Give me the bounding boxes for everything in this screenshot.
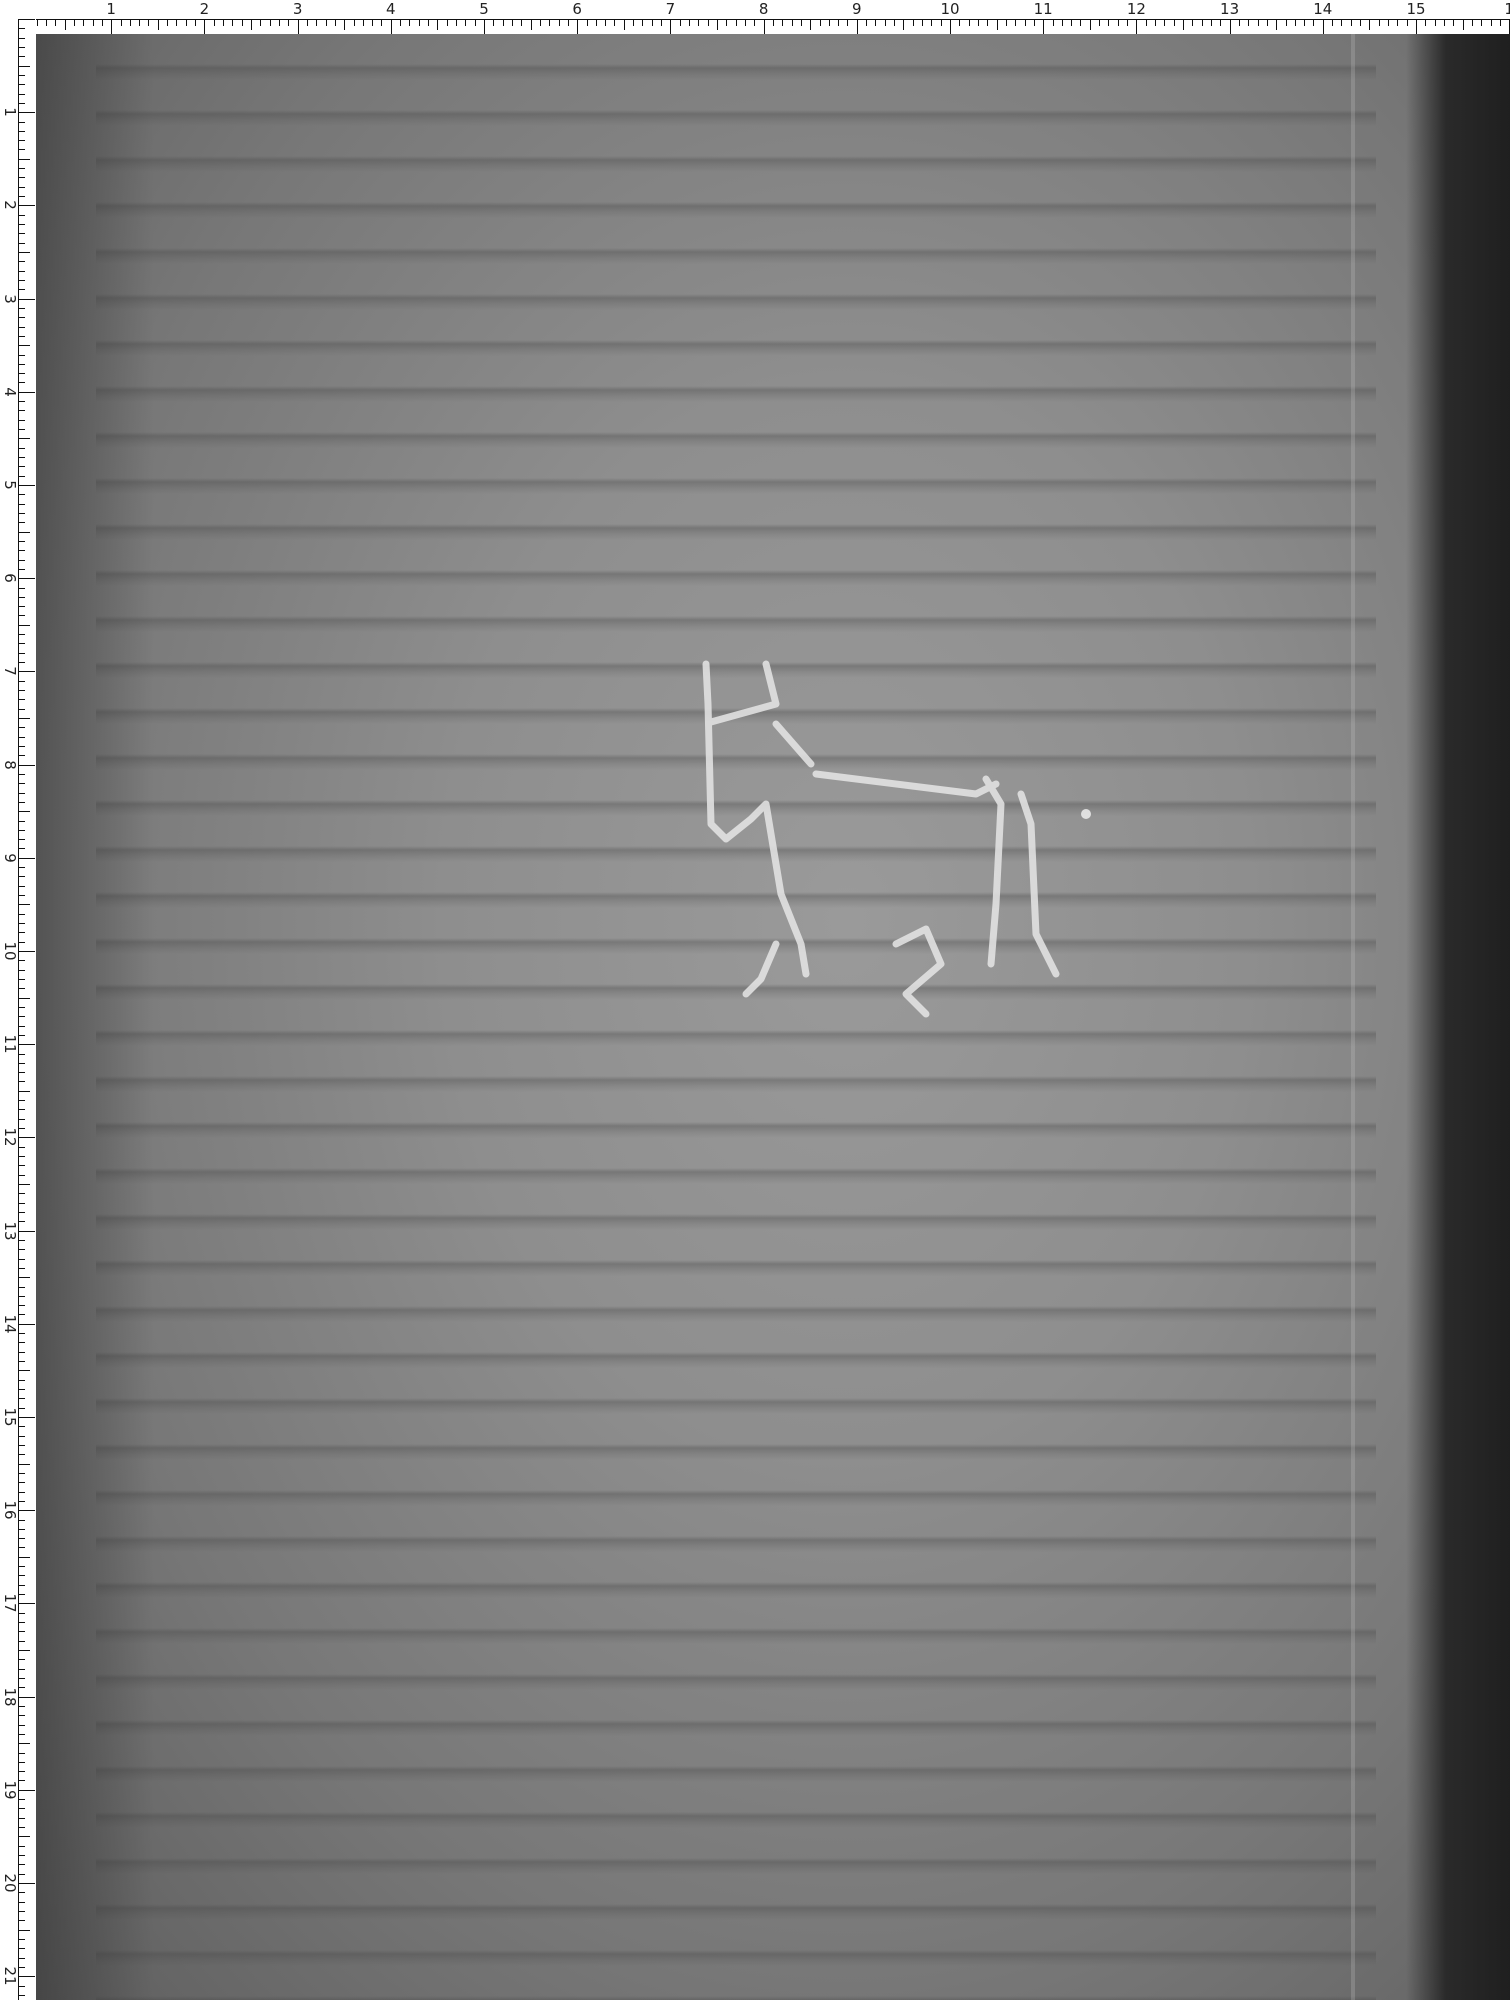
ruler-tick [214,19,215,26]
ruler-label: 12 [1127,0,1146,18]
ruler-tick [866,19,867,26]
ruler-tick [633,19,634,26]
ruler-tick [18,1389,25,1390]
ruler-tick [18,634,25,635]
ruler-label: 13 [1220,0,1239,18]
ruler-tick [1248,19,1249,26]
ruler-tick [288,19,289,26]
ruler-tick [1407,19,1408,26]
ruler-tick [18,1314,25,1315]
ruler-tick [661,19,662,26]
ruler-tick [18,1175,25,1176]
ruler-tick [18,1967,25,1968]
ruler-tick [18,1725,25,1726]
ruler-tick [18,131,25,132]
ruler-tick [1015,19,1016,26]
ruler-tick [801,19,802,26]
ruler-tick [503,19,504,26]
ruler-tick [1276,19,1277,30]
ruler-tick [18,1855,25,1856]
ruler-tick [1239,19,1240,26]
ruler-tick [736,19,737,26]
ruler-tick [18,1026,25,1027]
ruler-tick [1500,19,1501,26]
ruler-tick [18,960,25,961]
ruler-tick [829,19,830,26]
ruler-tick [18,457,25,458]
ruler-tick [18,1436,25,1437]
ruler-tick [1034,19,1035,26]
ruler-tick [363,19,364,26]
ruler-tick [885,19,886,26]
ruler-tick [18,662,25,663]
ruler-tick [18,746,25,747]
ruler-tick [18,38,25,39]
ruler-tick [1472,19,1473,26]
ruler-label: 6 [1,568,19,588]
ruler-tick [270,19,271,26]
ruler-tick [18,1063,25,1064]
ruler-tick [18,1380,25,1381]
ruler-tick [596,19,597,26]
ruler-label: 13 [1,1221,19,1241]
ruler-tick [1183,19,1184,30]
ruler-tick [456,19,457,26]
ruler-tick [18,1454,25,1455]
ruler-tick [111,19,112,34]
ruler-tick [624,19,625,30]
ruler-tick [1090,19,1091,30]
ruler-tick [18,1836,30,1837]
ruler-tick [18,1109,25,1110]
ruler-tick [18,1780,25,1781]
ruler-tick [18,1287,25,1288]
ruler-tick [18,1958,25,1959]
ruler-label: 9 [852,0,862,18]
ruler-tick [18,569,25,570]
ruler-label: 8 [759,0,769,18]
ruler-tick [18,1864,25,1865]
ruler-tick [354,19,355,26]
ruler-tick [18,1585,25,1586]
ruler-tick [894,19,895,26]
ruler-tick [577,19,578,34]
ruler-tick [18,205,35,206]
ruler-tick [18,513,25,514]
ruler-tick [978,19,979,26]
ruler-tick [773,19,774,26]
ruler-tick [18,1501,25,1502]
ruler-tick [18,699,25,700]
ruler-tick [18,1892,25,1893]
ruler-tick [18,1398,25,1399]
ruler-label: 16 [1,1500,19,1520]
ruler-tick [521,19,522,26]
ruler-tick [18,1566,25,1567]
ruler-tick [18,1631,25,1632]
ruler-tick [158,19,159,30]
ruler-tick [549,19,550,26]
ruler-tick [810,19,811,30]
ruler-tick [18,1147,25,1148]
ruler-tick [1230,19,1231,34]
ruler-tick [1416,19,1417,34]
ruler-tick [18,1482,25,1483]
ruler-tick [18,1762,25,1763]
ruler-tick [18,653,25,654]
edge-band [1406,34,1510,2000]
ruler-tick [400,19,401,26]
ruler-label: 4 [386,0,396,18]
ruler-tick [18,1687,25,1688]
ruler-tick [1313,19,1314,26]
ruler-tick [335,19,336,26]
ruler-tick [18,951,35,952]
ruler-tick [18,448,25,449]
ruler-tick [18,783,25,784]
ruler-tick [18,19,35,20]
ruler-tick [792,19,793,26]
ruler-tick [1397,19,1398,26]
ruler-tick [18,1622,25,1623]
ruler-tick [18,1827,25,1828]
ruler-tick [587,19,588,26]
ruler-tick [18,476,25,477]
ruler-label: 15 [1,1407,19,1427]
ruler-tick [176,19,177,26]
ruler-tick [1304,19,1305,26]
ruler-tick [18,709,25,710]
ruler-tick [922,19,923,26]
ruler-tick [1267,19,1268,26]
ruler-tick [251,19,252,30]
ruler-tick [18,271,25,272]
ruler-tick [820,19,821,26]
ruler-tick [18,1128,25,1129]
ruler-tick [493,19,494,26]
ruler-tick [959,19,960,26]
ruler-tick [708,19,709,26]
ruler-tick [18,690,25,691]
ruler-tick [717,19,718,30]
ruler-tick [18,1808,25,1809]
ruler-tick [18,494,25,495]
ruler-tick [512,19,513,26]
ruler-label: 3 [1,289,19,309]
ruler-tick [1136,19,1137,34]
ruler-tick [18,243,25,244]
ruler-tick [18,1575,25,1576]
ruler-tick [18,401,25,402]
ruler-tick [987,19,988,26]
ruler-tick [18,839,25,840]
ruler-tick [18,466,25,467]
ruler-tick [18,392,35,393]
ruler-tick [18,1715,25,1716]
ruler-tick [18,914,25,915]
ruler-tick [680,19,681,26]
page-fold [1351,34,1355,2000]
ruler-tick [18,1659,25,1660]
ruler-tick [18,1352,25,1353]
ruler-tick [18,737,25,738]
ruler-tick [18,140,25,141]
ruler-tick [18,94,25,95]
ruler-tick [18,1249,25,1250]
ruler-label: 1 [106,0,116,18]
ruler-tick [18,1426,25,1427]
ruler-tick [18,1081,25,1082]
ruler-tick [18,1464,30,1465]
ruler-tick [18,215,25,216]
ruler-tick [391,19,392,34]
ruler-tick [18,1342,25,1343]
ruler-tick [18,364,25,365]
ruler-tick [18,485,35,486]
ruler-tick [18,66,30,67]
ruler-tick [18,522,25,523]
ruler-label: 5 [479,0,489,18]
ruler-tick [698,19,699,26]
ruler-tick [18,1883,35,1884]
ruler-tick [18,1669,25,1670]
animal-drawing [666,644,1116,1044]
ruler-tick [18,1370,30,1371]
ruler-tick [18,1613,25,1614]
ruler-tick [18,1846,25,1847]
ruler-tick [903,19,904,30]
ruler-tick [18,1333,25,1334]
ruler-tick [18,1361,25,1362]
ruler-tick [18,1986,25,1987]
ruler-tick [950,19,951,34]
ruler-tick [18,289,25,290]
ruler-tick [1388,19,1389,26]
ruler-tick [18,84,25,85]
ruler-tick [18,317,25,318]
ruler-tick [130,19,131,26]
ruler-tick [1444,19,1445,26]
ruler-tick [148,19,149,26]
ruler-tick [18,1697,35,1698]
ruler-tick [18,550,25,551]
ruler-tick [1379,19,1380,26]
ruler-label: 2 [200,0,210,18]
ruler-tick [18,1771,25,1772]
ruler-tick [1071,19,1072,26]
ruler-label: 17 [1,1593,19,1613]
ruler-tick [447,19,448,26]
ruler-tick [18,671,35,672]
ruler-tick [65,19,66,30]
ruler-tick [18,355,25,356]
ruler-tick [18,895,25,896]
ruler-label: 11 [1034,0,1053,18]
ruler-tick [298,19,299,34]
ruler-label: 4 [1,382,19,402]
ruler-tick [18,1510,35,1511]
ruler-tick [18,1408,25,1409]
ruler-tick [18,727,25,728]
ruler-label: 14 [1313,0,1332,18]
ruler-tick [484,19,485,34]
ruler-tick [279,19,280,26]
ruler-label: 14 [1,1314,19,1334]
ruler-tick [18,1296,25,1297]
ruler-tick [18,1538,25,1539]
ruler-tick [18,112,35,113]
ruler-tick [18,1007,25,1008]
ruler-tick [18,345,30,346]
ruler-tick [1192,19,1193,26]
ruler-label: 20 [1,1873,19,1893]
ruler-tick [18,1603,35,1604]
ruler-tick [18,606,25,607]
ruler-tick [18,1594,25,1595]
ruler-tick [46,19,47,26]
ruler-tick [18,1044,35,1045]
ruler-tick [1043,19,1044,34]
ruler-tick [74,19,75,26]
ruler-tick [1453,19,1454,26]
ruler-tick [18,1706,25,1707]
ruler-tick [754,19,755,26]
ruler-label: 7 [1,661,19,681]
ruler-tick [1481,19,1482,26]
ruler-tick [316,19,317,26]
ruler-tick [18,159,30,160]
ruler-tick [931,19,932,26]
ruler-tick [465,19,466,26]
ruler-tick [18,718,30,719]
ruler-tick [18,308,25,309]
ruler-label: 10 [940,0,959,18]
ruler-label: 7 [666,0,676,18]
ruler-label: 3 [293,0,303,18]
ruler-label: 12 [1,1127,19,1147]
ruler-tick [1127,19,1128,26]
ruler-tick [642,19,643,26]
ruler-tick [18,1734,25,1735]
ruler-tick [18,588,25,589]
ruler-tick [18,149,25,150]
ruler-tick [875,19,876,26]
ruler-tick [18,75,25,76]
ruler-tick [857,19,858,34]
ruler-tick [18,765,35,766]
ruler-tick [18,56,25,57]
ruler-tick [18,327,25,328]
ruler-tick [1155,19,1156,26]
ruler-tick [18,122,25,123]
ruler-tick [93,19,94,26]
ruler-tick [18,233,25,234]
ruler-label: 11 [1,1034,19,1054]
ruler-tick [18,1557,30,1558]
ruler-tick [409,19,410,26]
ruler-tick [18,821,25,822]
ruler-tick [18,438,30,439]
ruler-tick [18,336,25,337]
ruler-tick [18,1920,25,1921]
ruler-tick [1108,19,1109,26]
ruler-tick [18,1184,30,1185]
ruler-tick [726,19,727,26]
ruler-tick [242,19,243,26]
ruler-tick [18,28,25,29]
ruler-tick [18,886,25,887]
ruler-tick [18,187,25,188]
ruler-tick [18,793,25,794]
ruler-tick [540,19,541,26]
ruler-tick [18,1790,35,1791]
ruler-tick [559,19,560,26]
ruler-tick [55,19,56,26]
ruler-tick [969,19,970,26]
ruler-tick [223,19,224,26]
ruler-tick [18,1473,25,1474]
ruler-tick [18,103,25,104]
ruler-tick [18,1650,30,1651]
ruler-tick [18,625,30,626]
ruler-tick [18,1547,25,1548]
ruler-label: 15 [1406,0,1425,18]
ruler-tick [18,1753,25,1754]
ruler-left: 123456789101112131415161718192021 [0,0,36,2000]
ruler-tick [1341,19,1342,26]
ruler-tick [18,1911,25,1912]
ruler-tick [18,1976,35,1977]
ruler-tick [18,1100,25,1101]
ruler-tick [167,19,168,26]
ruler-tick [437,19,438,30]
manuscript-image [36,34,1510,2000]
ruler-label: 5 [1,475,19,495]
ruler-tick [18,1072,25,1073]
ruler-tick [307,19,308,26]
ruler-label: 21 [1,1966,19,1986]
ruler-tick [232,19,233,26]
ruler-tick [18,1930,30,1931]
ruler-tick [652,19,653,26]
ruler-tick [18,560,25,561]
ruler-tick [18,1137,35,1138]
ruler-tick [670,19,671,34]
ruler-tick [18,1091,30,1092]
ruler-label: 9 [1,848,19,868]
ruler-tick [139,19,140,26]
ruler-tick [1323,19,1324,34]
ruler-tick [18,1678,25,1679]
ruler-tick [372,19,373,26]
ruler-label: 6 [572,0,582,18]
ruler-tick [121,19,122,26]
ruler-tick [18,923,25,924]
ruler-label: 1 [1504,0,1510,18]
ruler-tick [605,19,606,26]
ruler-tick [18,1240,25,1241]
ruler-tick [18,979,25,980]
ruler-tick [18,1156,25,1157]
ruler-tick [186,19,187,26]
ruler-tick [1025,19,1026,26]
ruler-tick [18,1324,35,1325]
ruler-tick [1080,19,1081,26]
ruler-tick [18,196,25,197]
ruler-tick [1118,19,1119,26]
ruler-tick [18,1743,30,1744]
ruler-tick [18,1641,25,1642]
